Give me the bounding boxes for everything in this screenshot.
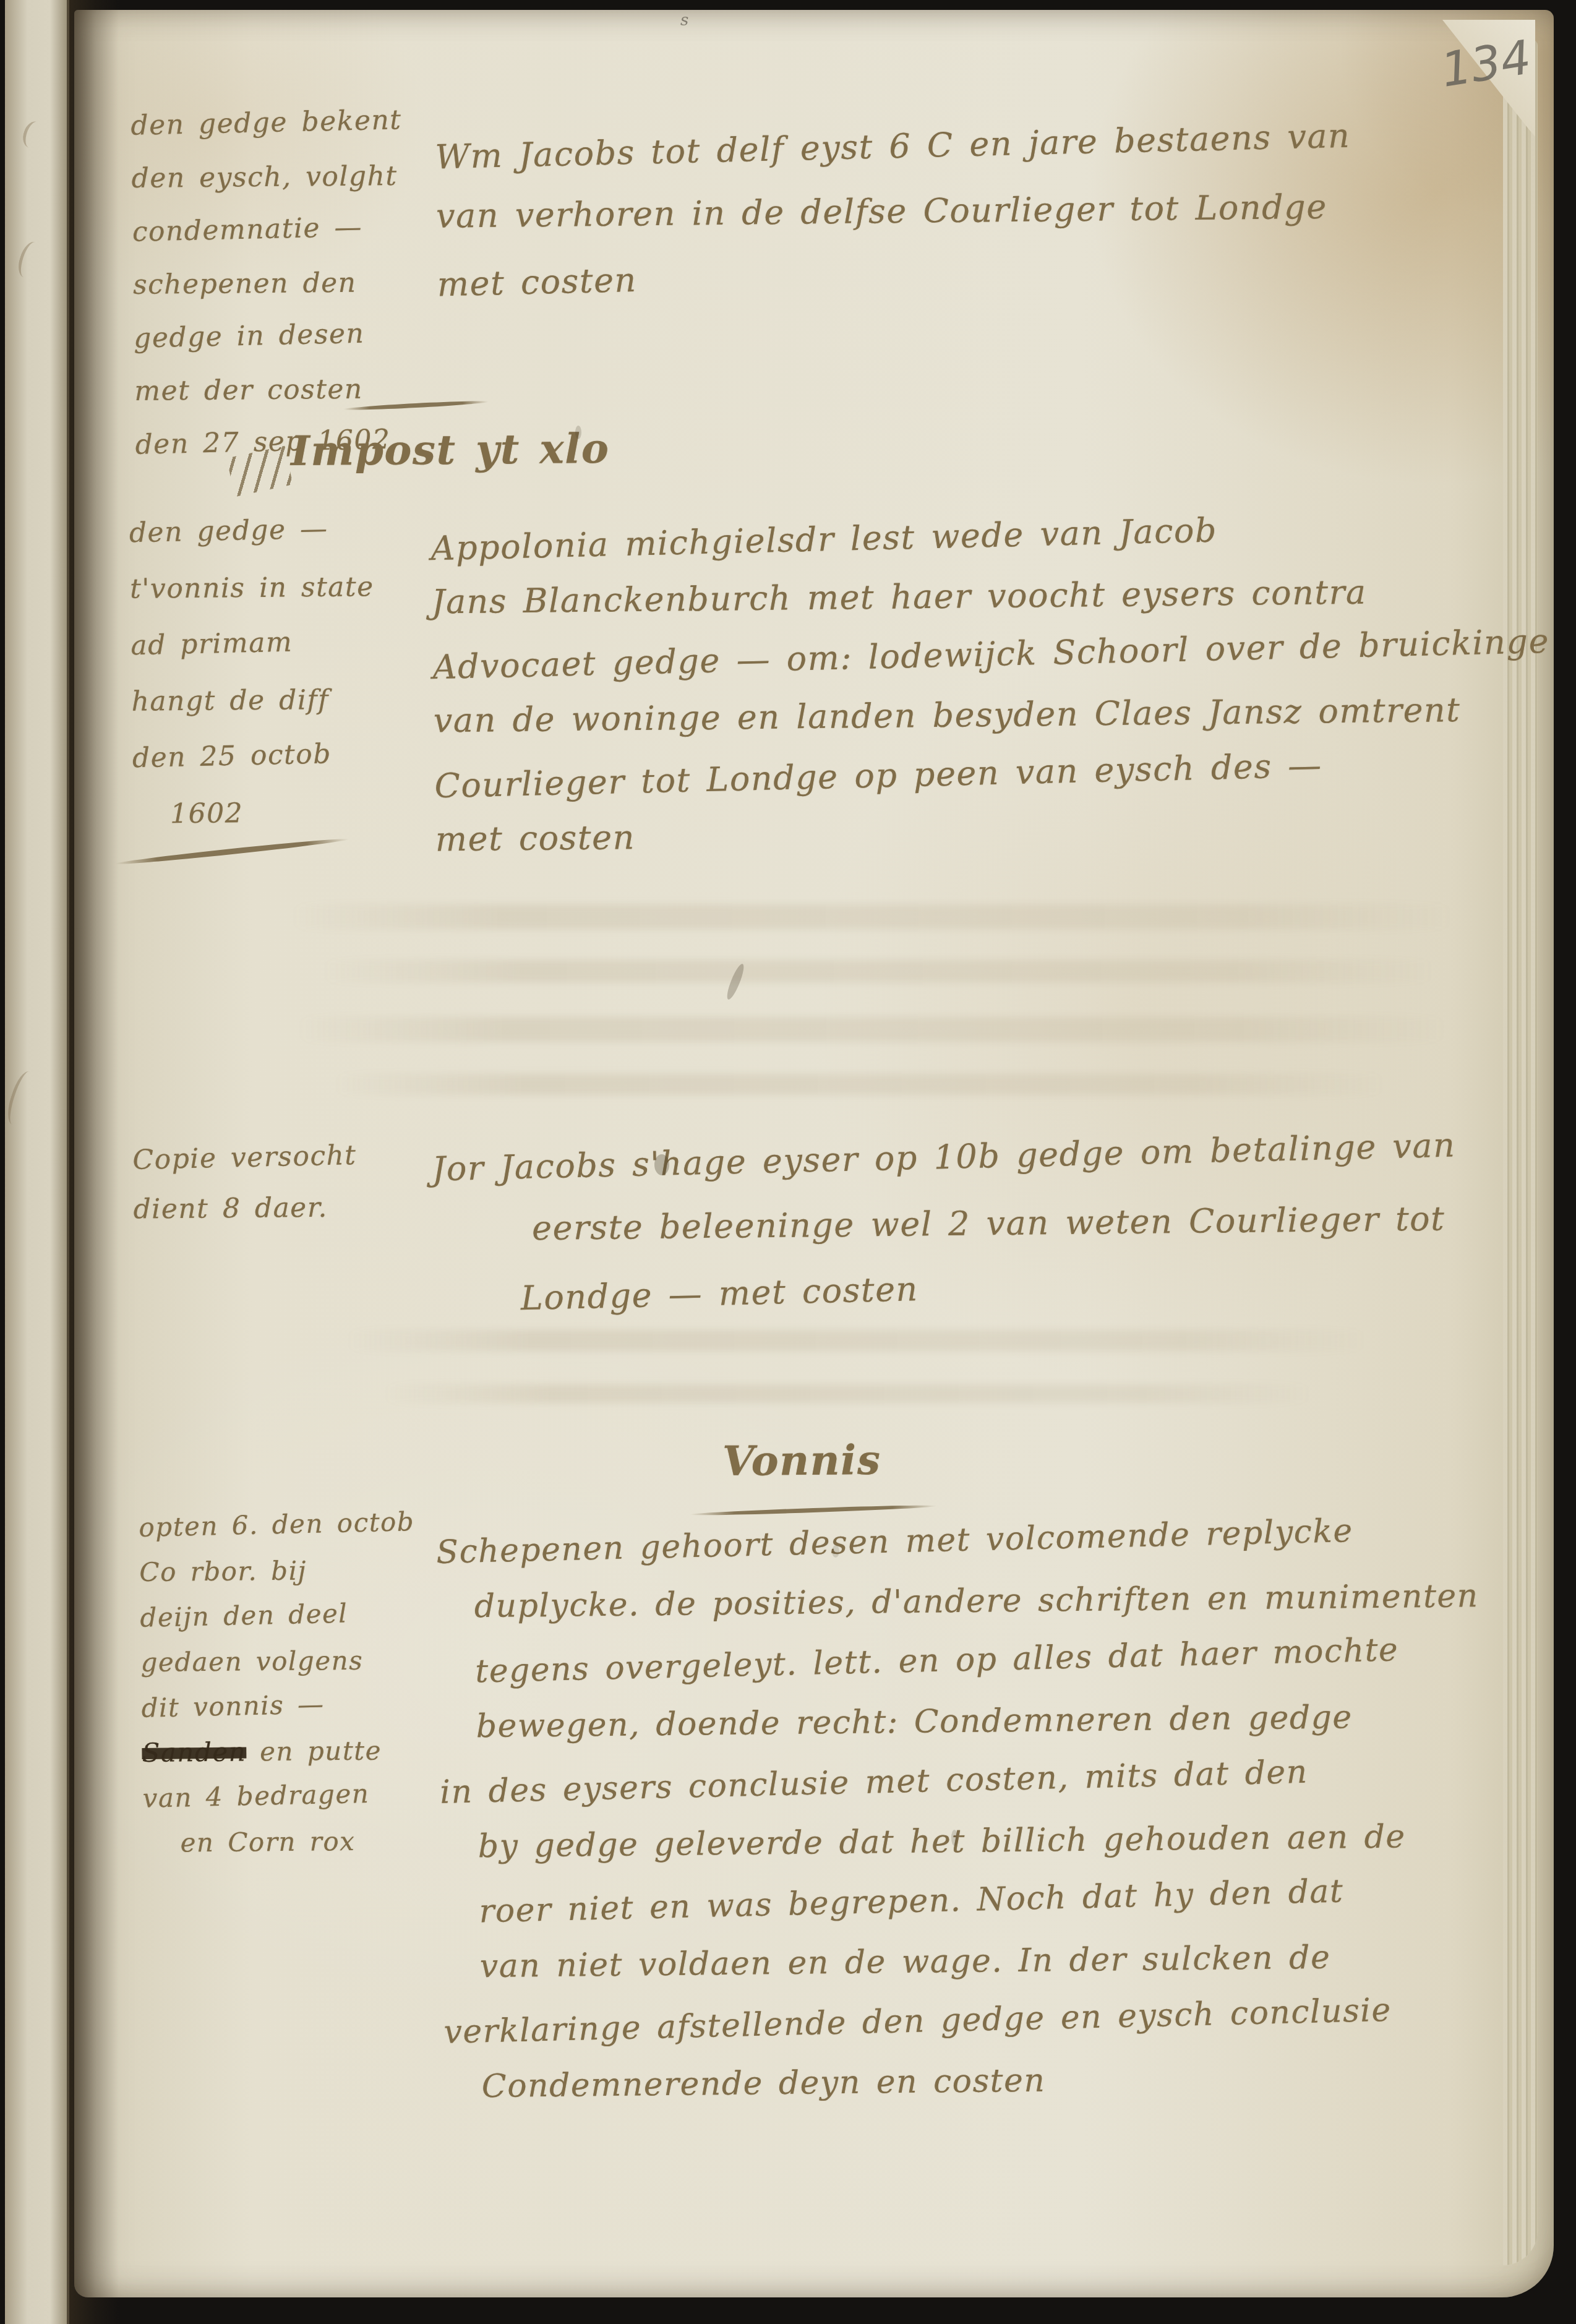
gutter-shadow: [67, 0, 119, 2324]
manuscript-line: van 4 bedragen: [142, 1770, 419, 1821]
manuscript-line: den gedge —: [129, 500, 374, 562]
manuscript-line: opten 6. den octob: [139, 1499, 415, 1550]
page-edge-stack: [1503, 40, 1538, 2265]
manuscript-line: met der costen: [134, 362, 406, 418]
manuscript-line: 1602: [133, 784, 377, 842]
impost-heading: Impost yt xlo: [291, 426, 609, 474]
bleedthrough-text: [322, 960, 1435, 982]
struck-out-word: Sanden: [142, 1736, 246, 1767]
entry4-body: Schepenen gehoort desen met volcomende r…: [435, 1503, 1486, 2119]
entry4-margin-note: opten 6. den octob Co rbor. bij deijn de…: [139, 1500, 419, 1865]
ink-smudge: [654, 1154, 669, 1175]
bleedthrough-text: [346, 1330, 1367, 1351]
facing-page-ink-fragment: [20, 119, 46, 150]
facing-page-ink-fragment: [14, 239, 44, 281]
manuscript-line: met costen: [435, 799, 1552, 870]
manuscript-line: den eysch, volght: [131, 150, 403, 205]
manuscript-line: schepenen den: [133, 256, 405, 312]
ink-smudge: [951, 1830, 957, 1846]
manuscript-line: gedaen volgens: [140, 1637, 416, 1685]
manuscript-line: t'vonnis in state: [130, 559, 374, 617]
entry3-body: Jor Jacobs s'hage eyser op 10b gedge om …: [432, 1117, 1458, 1329]
facing-page-ink-fragment: [3, 1068, 38, 1127]
stray-ink-mark: s: [680, 11, 688, 30]
bleedthrough-text: [297, 1017, 1447, 1042]
manuscript-line: condemnatie —: [132, 200, 404, 259]
manuscript-line: den 25 octob: [132, 725, 377, 787]
bleedthrough-text: [334, 1074, 1385, 1095]
manuscript-line: Condemnerende deyn en costen: [444, 2046, 1486, 2117]
manuscript-line: den gedge bekent: [131, 93, 403, 153]
manuscript-line: Impost yt xlo: [291, 424, 610, 475]
bleedthrough-text: [383, 1384, 1311, 1403]
ink-smudge: [832, 1545, 839, 1558]
manuscript-line: en Corn rox: [143, 1818, 419, 1866]
entry1-margin-note: den gedge bekent den eysch, volght conde…: [131, 95, 406, 471]
margin-word: en putte: [260, 1736, 382, 1767]
ink-smudge: [575, 426, 581, 439]
entry3-margin-note: Copie versocht dient 8 daer.: [132, 1131, 358, 1233]
manuscript-line-struck: Sanden en putte: [142, 1728, 418, 1775]
manuscript-line: ad primam: [130, 612, 375, 674]
facing-page-edge: [5, 0, 69, 2324]
manuscript-scan: 134 s den gedge bekent den eysch, volght…: [0, 0, 1576, 2324]
manuscript-line: dit vonnis —: [141, 1679, 418, 1731]
manuscript-line: dient 8 daer.: [133, 1183, 358, 1234]
manuscript-line: Vonnis: [722, 1436, 881, 1485]
manuscript-line: gedge in desen: [133, 306, 405, 366]
entry2-margin-note: den gedge — t'vonnis in state ad primam …: [129, 500, 377, 841]
manuscript-line: Co rbor. bij: [139, 1547, 415, 1595]
entry1-body: Wm Jacobs tot delf eyst 6 C en jare best…: [435, 107, 1353, 312]
bleedthrough-text: [291, 904, 1454, 929]
manuscript-line: Copie versocht: [132, 1131, 358, 1185]
entry2-body: Appolonia michgielsdr lest wede van Jaco…: [430, 497, 1553, 871]
manuscript-line: deijn den deel: [140, 1589, 416, 1640]
manuscript-line: hangt de diff: [131, 671, 375, 729]
vonnis-heading: Vonnis: [722, 1436, 881, 1485]
